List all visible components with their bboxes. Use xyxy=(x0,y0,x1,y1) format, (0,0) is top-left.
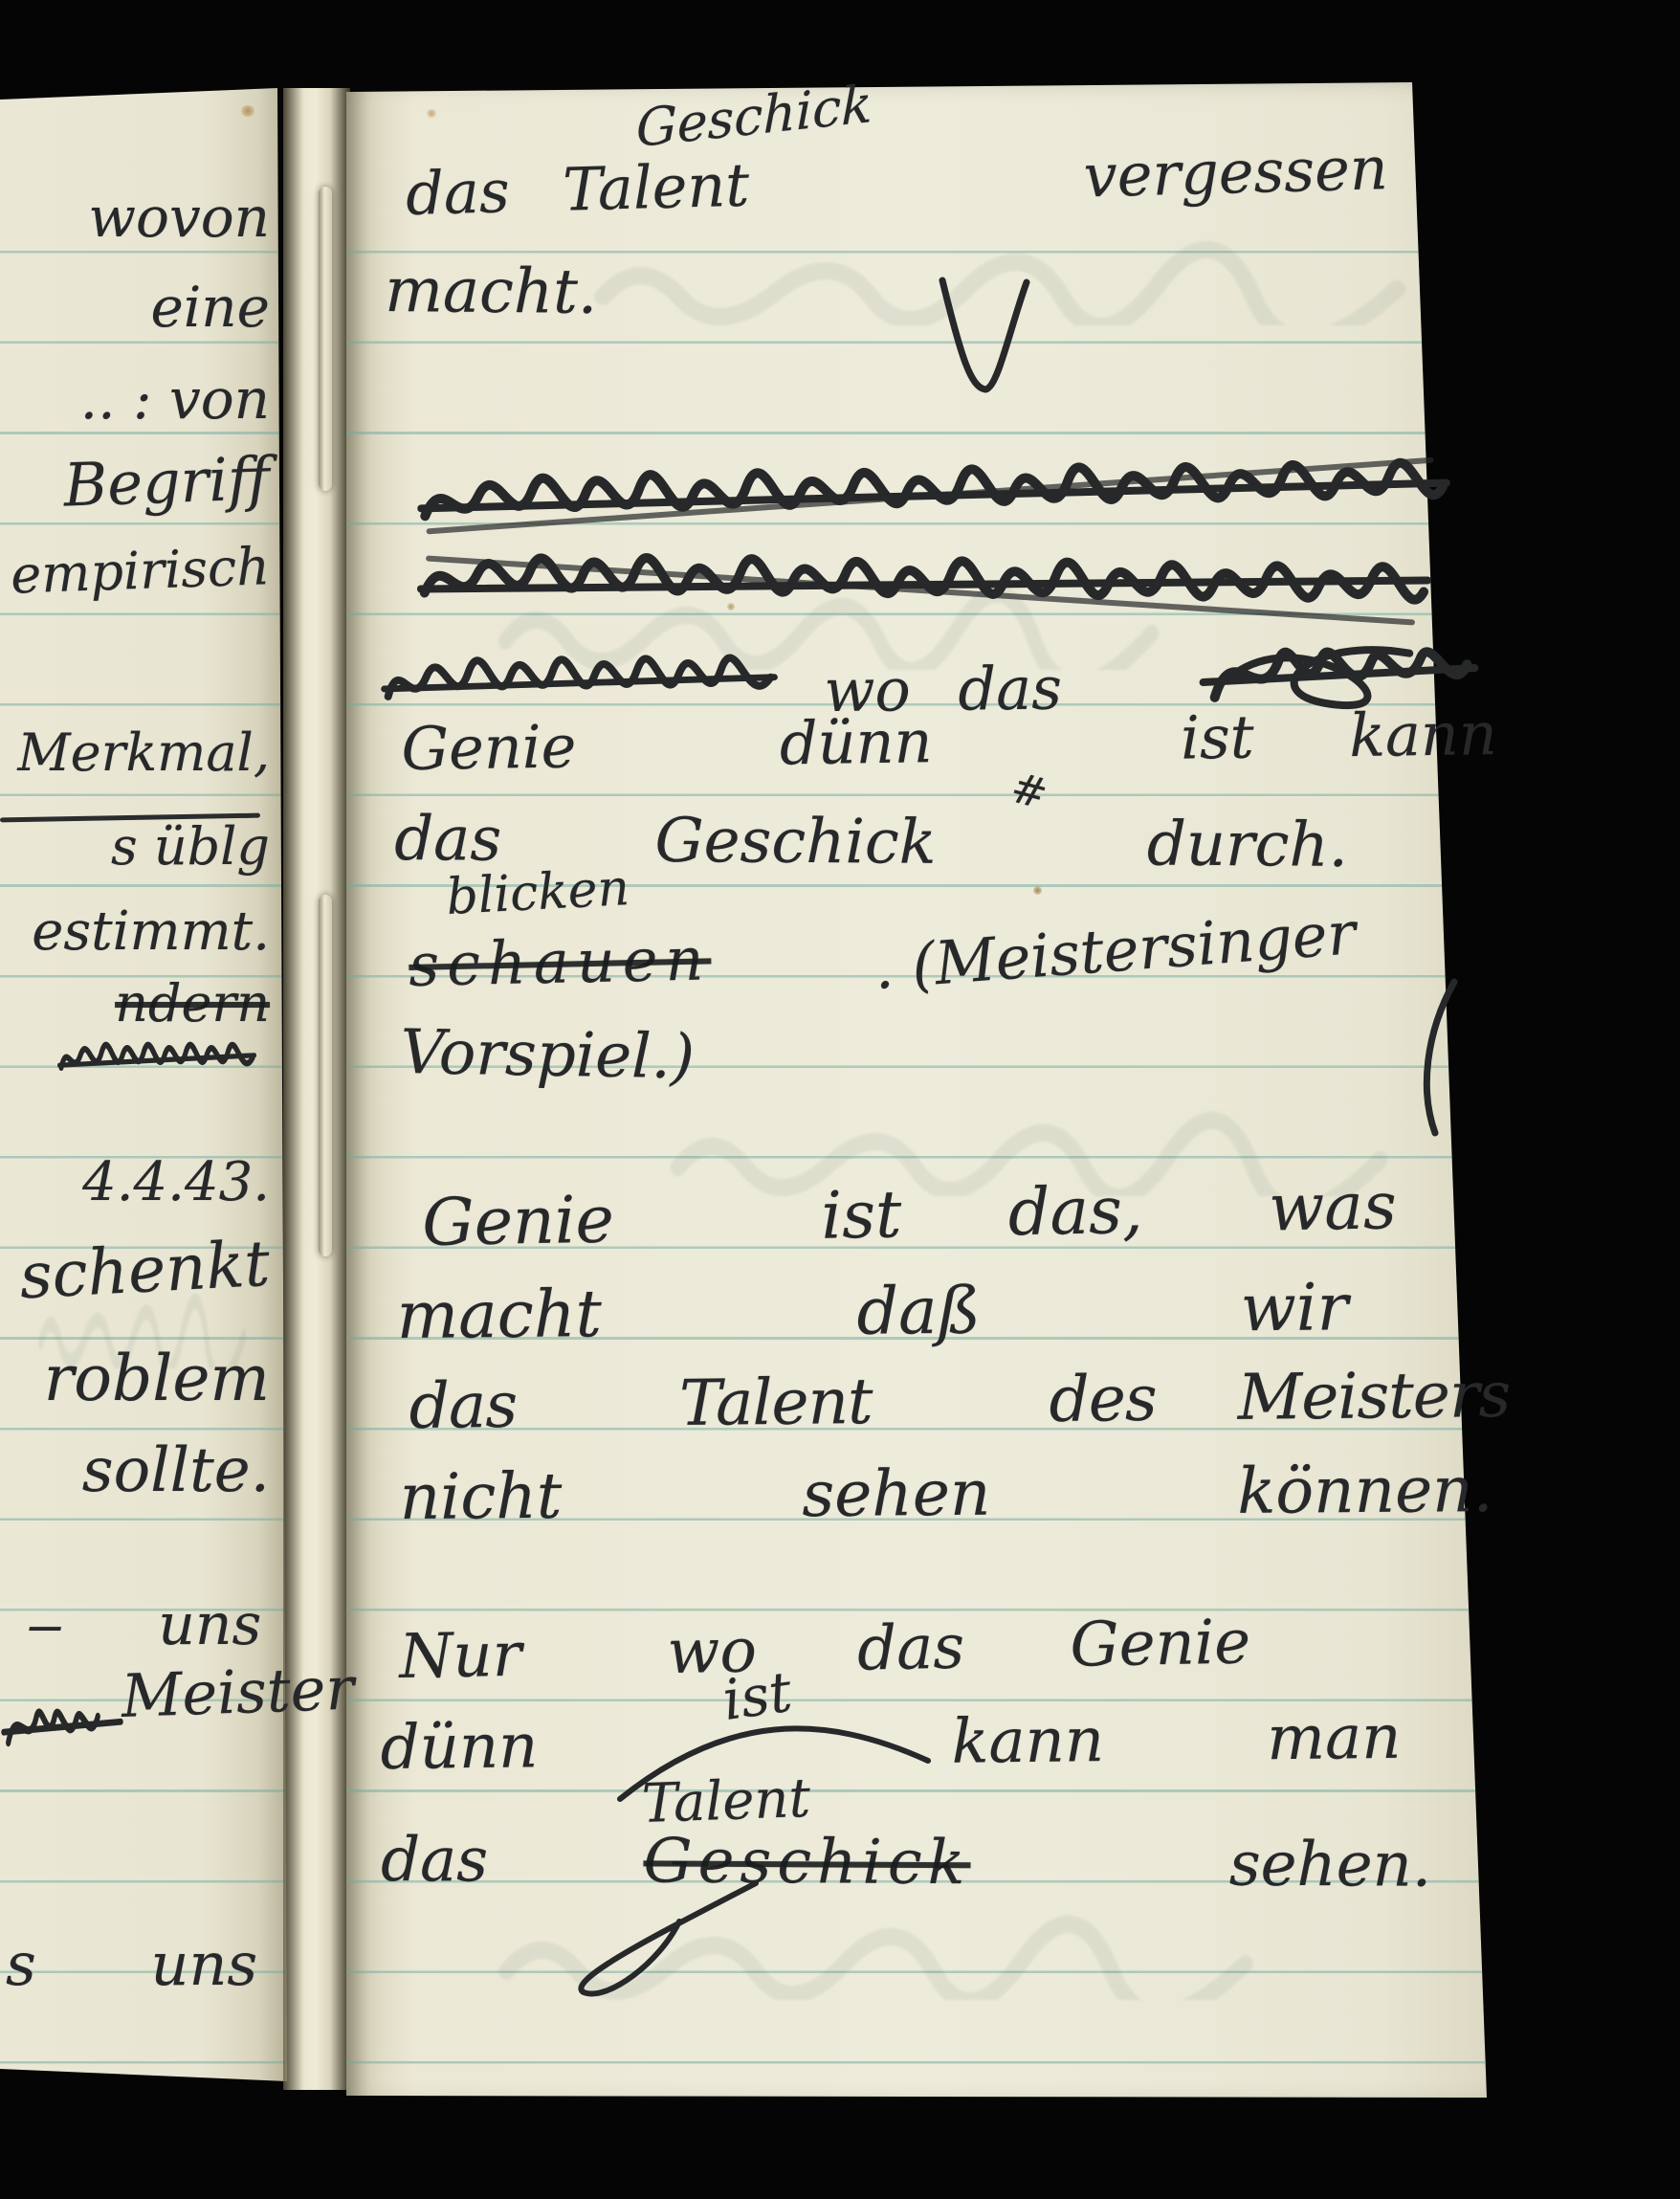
gutter-fold xyxy=(283,88,350,2090)
manuscript-word: Talent xyxy=(563,156,750,220)
manuscript-fragment: empirisch xyxy=(0,541,276,602)
manuscript-fragment: s üblg xyxy=(0,821,276,873)
manuscript-word: das xyxy=(857,1617,965,1680)
manuscript-fragment: .. : von xyxy=(0,371,276,427)
manuscript-word: sehen. xyxy=(1229,1834,1432,1897)
manuscript-word: s üblg xyxy=(111,816,270,877)
manuscript-word: Meister xyxy=(121,1659,355,1726)
manuscript-word: ist xyxy=(821,1183,902,1249)
manuscript-line: das Talent des Meisters xyxy=(409,1364,1510,1438)
manuscript-fragment: Meister xyxy=(121,1659,355,1726)
manuscript-word: dünn xyxy=(380,1716,538,1779)
manuscript-word: das xyxy=(381,1830,488,1892)
manuscript-word: eine xyxy=(150,275,270,340)
manuscript-word: was xyxy=(1268,1174,1397,1241)
manuscript-word: 4.4.43. xyxy=(82,1151,270,1213)
pen-dash-stroke: ‒ xyxy=(27,1596,63,1654)
paper-stain xyxy=(427,109,436,118)
manuscript-word: sollte. xyxy=(82,1435,270,1506)
manuscript-word: kann xyxy=(1349,704,1497,766)
crossed-out-scribble xyxy=(0,1696,124,1753)
manuscript-word: uns xyxy=(151,1935,258,1994)
pen-flourish xyxy=(517,1876,804,2000)
manuscript-word: Talent xyxy=(641,1772,811,1832)
manuscript-fragment: ‒ uns xyxy=(27,1596,261,1654)
crossed-out-word-schauen: schauen xyxy=(409,929,712,995)
manuscript-word: Merkmal, xyxy=(17,722,270,783)
manuscript-word: des xyxy=(1049,1367,1157,1432)
manuscript-word: Genie xyxy=(1070,1611,1251,1676)
manuscript-fragment: schenkt xyxy=(0,1233,277,1310)
insertion-word-blicken: blicken xyxy=(445,863,630,922)
manuscript-word: Vorspiel.) xyxy=(400,1022,695,1088)
manuscript-word: sehen xyxy=(802,1462,990,1526)
manuscript-line: macht daß wir xyxy=(396,1276,1348,1349)
crossed-out-scribble xyxy=(57,1035,258,1085)
manuscript-word: macht xyxy=(396,1282,602,1349)
manuscript-word: Begriff xyxy=(62,443,271,520)
manuscript-word: das, xyxy=(1007,1179,1143,1246)
manuscript-word: wir xyxy=(1240,1276,1348,1342)
manuscript-word: nicht xyxy=(400,1465,563,1529)
pen-flourish xyxy=(1406,976,1464,1139)
crossed-out-word: ndern xyxy=(115,973,270,1033)
manuscript-line: Vorspiel.) xyxy=(400,1022,695,1088)
manuscript-word: durch. xyxy=(1147,813,1349,876)
manuscript-word: .. : von xyxy=(80,366,270,432)
manuscript-fragment: eine xyxy=(0,279,276,335)
manuscript-fragment: roblem xyxy=(0,1347,276,1410)
manuscript-word: Meisters xyxy=(1237,1364,1510,1430)
paper-stain xyxy=(1033,886,1042,895)
manuscript-word: Genie xyxy=(401,717,577,779)
manuscript-word: man xyxy=(1267,1707,1402,1769)
manuscript-word: empirisch xyxy=(10,536,271,605)
manuscript-word: uns xyxy=(158,1596,261,1654)
insertion-word-talent: Talent xyxy=(641,1772,811,1832)
manuscript-word: dünn xyxy=(779,712,932,773)
crossed-out-line xyxy=(417,535,1432,633)
manuscript-word: vergessen xyxy=(1083,139,1389,206)
manuscript-line: Nur wo das Genie xyxy=(399,1611,1251,1688)
manuscript-word: das xyxy=(405,162,510,224)
binding-thread-bottom xyxy=(319,895,332,1256)
manuscript-line: macht. xyxy=(385,260,598,323)
manuscript-fragment: Merkmal, xyxy=(0,727,276,779)
manuscript-word: estimmt. xyxy=(32,900,270,963)
crossed-out-line xyxy=(416,441,1450,547)
manuscript-fragment: s uns xyxy=(6,1935,257,1994)
manuscript-word: Nur xyxy=(399,1625,522,1688)
manuscript-word: das xyxy=(409,1374,517,1438)
notebook-photo: Geschick das Talent vergessen macht. wo … xyxy=(0,0,1680,2199)
manuscript-word: Talent xyxy=(679,1370,873,1435)
binding-thread-top xyxy=(319,187,332,491)
manuscript-word: ist xyxy=(1181,708,1254,768)
manuscript-word: das xyxy=(394,809,501,871)
manuscript-word: wovon xyxy=(88,185,270,250)
manuscript-word: roblem xyxy=(44,1342,270,1415)
manuscript-word: schenkt xyxy=(18,1227,272,1314)
manuscript-fragment: Begriff xyxy=(0,449,276,518)
manuscript-word: s xyxy=(6,1935,36,1994)
manuscript-word: können. xyxy=(1237,1458,1493,1523)
pen-flourish xyxy=(933,273,1038,397)
manuscript-word: blicken xyxy=(445,863,630,922)
manuscript-line: nicht sehen können. xyxy=(400,1458,1493,1529)
manuscript-word: kann xyxy=(951,1710,1104,1773)
crossed-out-fragment: ndern xyxy=(0,978,276,1030)
date-entry: 4.4.43. xyxy=(0,1156,283,1210)
manuscript-word: Genie xyxy=(422,1188,615,1256)
manuscript-word: Geschick xyxy=(654,811,936,874)
manuscript-fragment: wovon xyxy=(0,189,276,245)
paper-stain xyxy=(241,105,254,117)
manuscript-word: macht. xyxy=(385,260,598,323)
manuscript-fragment: sollte. xyxy=(0,1440,276,1501)
manuscript-fragment: estimmt. xyxy=(0,905,276,959)
manuscript-word: daß xyxy=(856,1279,981,1345)
